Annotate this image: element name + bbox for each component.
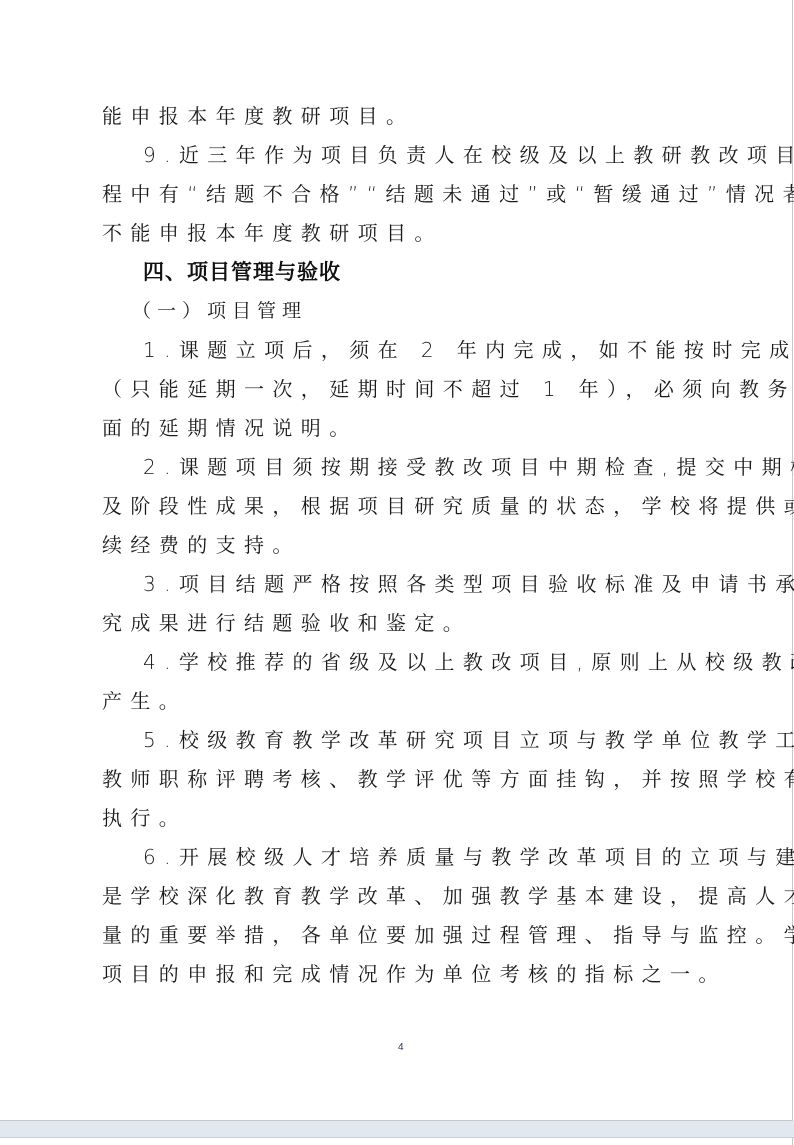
document-page: 能申报本年度教研项目。 9.近三年作为项目负责人在校级及以上教研教改项目结题过 … bbox=[0, 0, 793, 1121]
section-heading: 四、项目管理与验收 bbox=[102, 257, 702, 296]
text-line: 教师职称评聘考核、教学评优等方面挂钩，并按照学校有关规定 bbox=[102, 764, 702, 803]
paragraph-item-9: 9.近三年作为项目负责人在校级及以上教研教改项目结题过 bbox=[102, 140, 702, 179]
text-line: 面的延期情况说明。 bbox=[102, 413, 702, 452]
text-line: 执行。 bbox=[102, 803, 702, 842]
subsection-heading: （一）项目管理 bbox=[102, 296, 702, 335]
paragraph-item-1: 1.课题立项后，须在 2 年内完成，如不能按时完成需要延期的 bbox=[102, 335, 702, 374]
paragraph-item-5: 5.校级教育教学改革研究项目立项与教学单位教学工作考核、 bbox=[102, 725, 702, 764]
text-line: 产生。 bbox=[102, 686, 702, 725]
text-line: 续经费的支持。 bbox=[102, 530, 702, 569]
text-line: 程中有“结题不合格”“结题未通过”或“暂缓通过”情况者， bbox=[102, 179, 702, 218]
text-line: 项目的申报和完成情况作为单位考核的指标之一。 bbox=[102, 959, 702, 998]
text-line: （只能延期一次，延期时间不超过 1 年），必须向教务处递交书 bbox=[102, 374, 702, 413]
next-page-edge bbox=[0, 1138, 793, 1145]
paragraph-item-4: 4.学校推荐的省级及以上教改项目,原则上从校级教改项目中 bbox=[102, 647, 702, 686]
paragraph-item-2: 2.课题项目须按期接受教改项目中期检查,提交中期检查报告 bbox=[102, 452, 702, 491]
text-line: 究成果进行结题验收和鉴定。 bbox=[102, 608, 702, 647]
page-body: 能申报本年度教研项目。 9.近三年作为项目负责人在校级及以上教研教改项目结题过 … bbox=[102, 101, 702, 998]
text-line: 不能申报本年度教研项目。 bbox=[102, 218, 702, 257]
text-line: 能申报本年度教研项目。 bbox=[102, 101, 702, 140]
paragraph-item-6: 6.开展校级人才培养质量与教学改革项目的立项与建设工作 bbox=[102, 842, 702, 881]
text-line: 量的重要举措，各单位要加强过程管理、指导与监控。学校将把 bbox=[102, 920, 702, 959]
text-line: 是学校深化教育教学改革、加强教学基本建设，提高人才培养质 bbox=[102, 881, 702, 920]
page-number: 4 bbox=[398, 1042, 404, 1053]
paragraph-item-3: 3.项目结题严格按照各类型项目验收标准及申请书承诺的研 bbox=[102, 569, 702, 608]
text-line: 及阶段性成果，根据项目研究质量的状态，学校将提供或终止后 bbox=[102, 491, 702, 530]
page-separator bbox=[0, 1121, 794, 1138]
